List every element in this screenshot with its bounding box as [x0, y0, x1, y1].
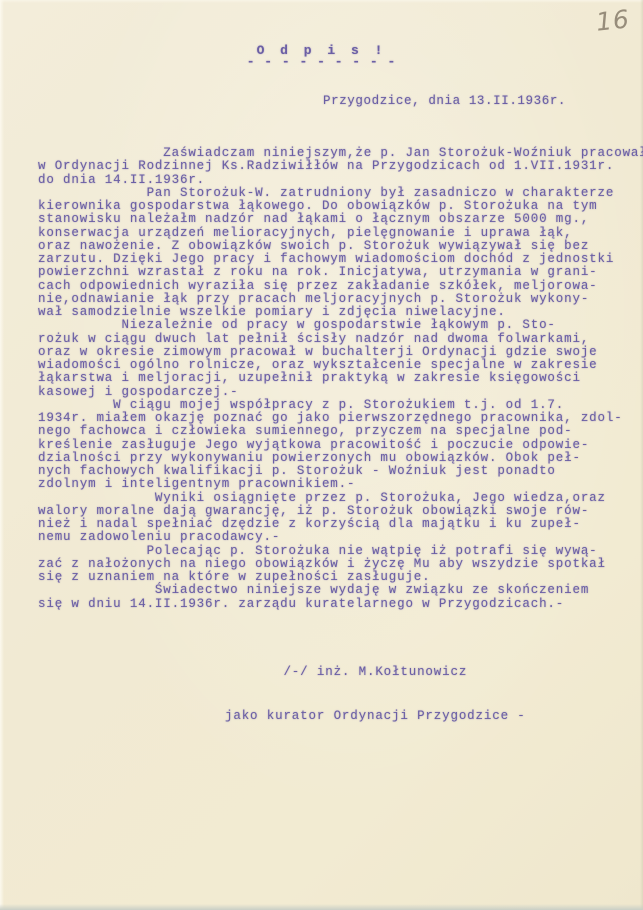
paragraph-6: Polecając p. Storożuka nie wątpię iż pot… — [38, 545, 638, 585]
paragraph-4: W ciągu mojej współpracy z p. Storożukie… — [38, 399, 638, 492]
handwritten-page-number: 16 — [595, 6, 631, 34]
signature-role: jako kurator Ordynacji Przygodzice - — [225, 709, 526, 724]
paragraph-7: Świadectwo niniejsze wydaję w związku ze… — [38, 584, 638, 611]
paragraph-3: Niezależnie od pracy w gospodarstwie łąk… — [38, 319, 638, 399]
scan-edge-bottom — [0, 904, 643, 910]
document-body: Zaświadczam niniejszym,że p. Jan Storożu… — [38, 147, 638, 611]
dateline: Przygodzice, dnia 13.II.1936r. — [323, 94, 566, 108]
paragraph-1: Zaświadczam niniejszym,że p. Jan Storożu… — [38, 147, 638, 187]
paragraph-5: Wyniki osiągnięte przez p. Storożuka, Je… — [38, 492, 638, 545]
signature-block: /-/ inż. M.Kołtunowicz jako kurator Ordy… — [225, 636, 526, 752]
document-title-underline: - - - - - - - - - — [0, 54, 643, 69]
signature-name: /-/ inż. M.Kołtunowicz — [225, 665, 526, 680]
scanned-document-page: 16 O d p i s ! - - - - - - - - - Przygod… — [0, 0, 643, 910]
paragraph-2: Pan Storożuk-W. zatrudniony był zasadnic… — [38, 187, 638, 320]
document-header: O d p i s ! - - - - - - - - - — [0, 43, 643, 69]
scan-edge-left — [0, 0, 4, 910]
scan-edge-top — [0, 0, 643, 3]
